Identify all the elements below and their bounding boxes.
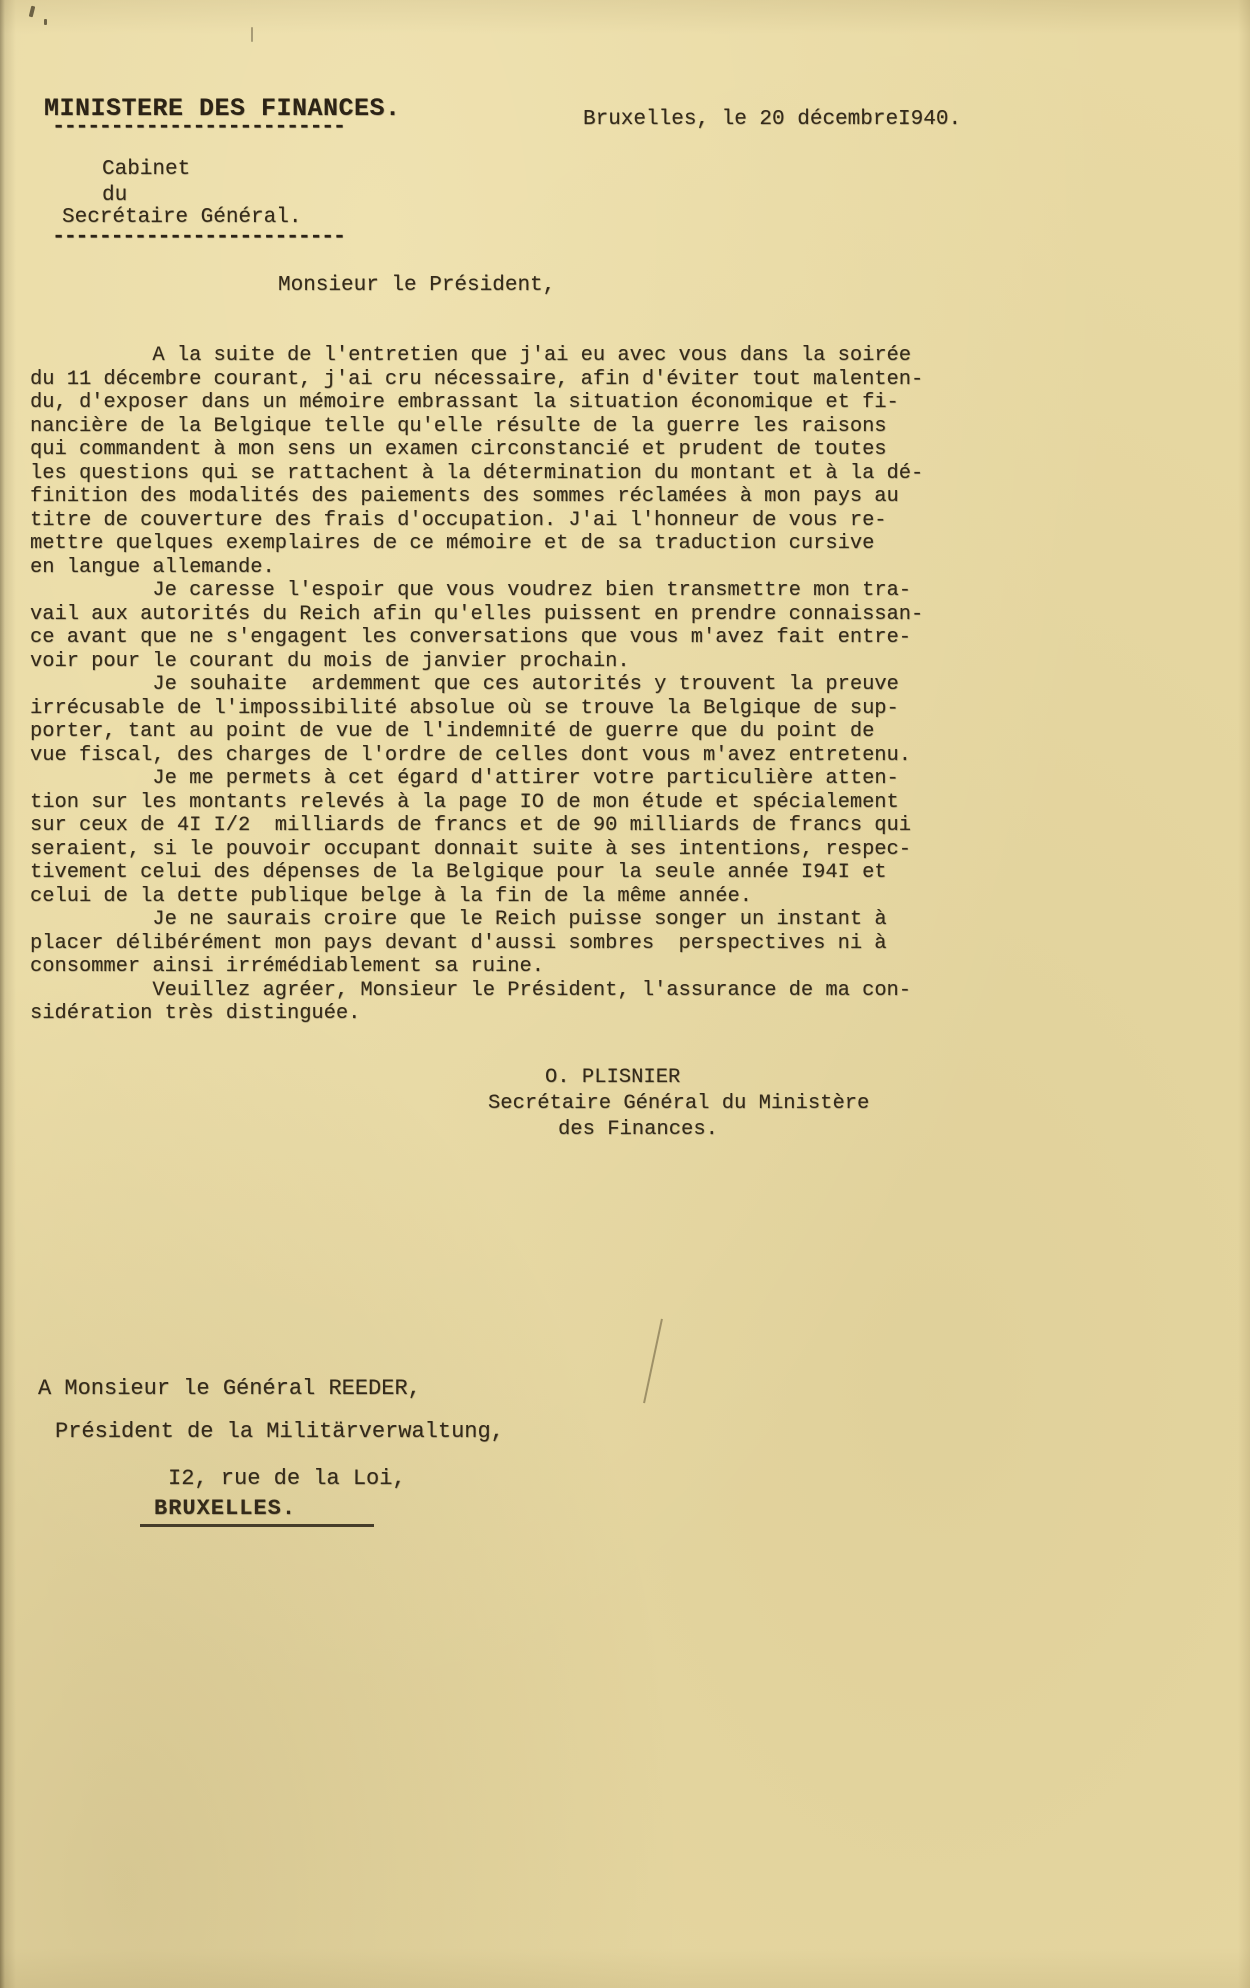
letterhead-office-du: du (102, 184, 127, 207)
recipient-city: BRUXELLES. (140, 1496, 374, 1527)
ink-speck (44, 19, 47, 25)
letter-page: MINISTERE DES FINANCES. ----------------… (0, 0, 1250, 1988)
letterhead-office-cabinet: Cabinet (102, 158, 190, 181)
recipient-name: A Monsieur le Général REEDER, (38, 1376, 421, 1401)
signature-name: O. PLISNIER (545, 1066, 680, 1089)
recipient-title: Président de la Militärverwaltung, (55, 1419, 504, 1444)
recipient-street: I2, rue de la Loi, (168, 1466, 406, 1491)
salutation: Monsieur le Président, (278, 274, 555, 297)
dateline: Bruxelles, le 20 décembreI940. (583, 108, 961, 131)
letterhead-rule: ------------------------- (52, 114, 345, 139)
letter-body: A la suite de l'entretien que j'ai eu av… (30, 344, 990, 1026)
ink-speck (29, 6, 36, 18)
ink-speck (251, 27, 253, 42)
signature-title-line1: Secrétaire Général du Ministère (488, 1092, 869, 1115)
signature-title-line2: des Finances. (558, 1118, 718, 1141)
stray-pen-mark (643, 1319, 663, 1404)
letterhead-rule: ------------------------- (52, 224, 345, 249)
